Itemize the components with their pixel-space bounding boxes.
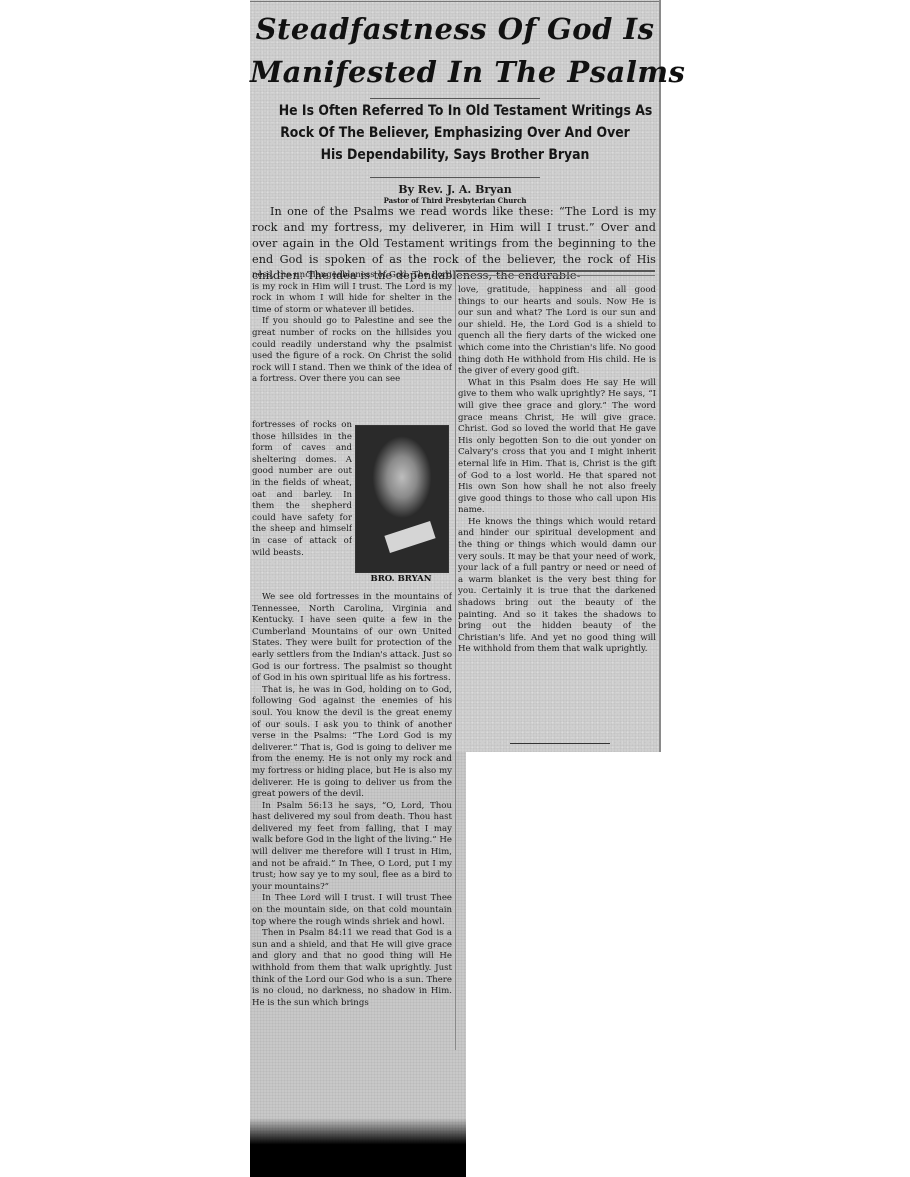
headline-line-2: Manifested In The Psalms <box>250 55 660 89</box>
byline: By Rev. J. A. Bryan <box>250 183 660 196</box>
paragraph: fortresses of rocks on those hillsides i… <box>252 420 352 559</box>
article-end-rule <box>510 743 610 744</box>
top-rule <box>250 1 659 2</box>
blank-area <box>466 752 910 1177</box>
left-column-top: ness, the unchangeableness of God. The L… <box>252 270 452 386</box>
headline-separator <box>370 98 540 99</box>
paragraph: That is, he was in God, holding on to Go… <box>252 685 452 801</box>
deck-separator <box>370 177 540 178</box>
paragraph: We see old fortresses in the mountains o… <box>252 592 452 685</box>
photo-caption: BRO. BRYAN <box>355 574 447 584</box>
headline-line-1: Steadfastness Of God Is <box>250 12 660 46</box>
right-column-rule <box>455 270 655 272</box>
paragraph: What in this Psalm does He say He will g… <box>458 378 656 517</box>
portrait-photo <box>355 425 449 573</box>
paragraph: In Psalm 56:13 he says, “O, Lord, Thou h… <box>252 801 452 894</box>
right-column: love, gratitude, happiness and all good … <box>458 285 656 656</box>
right-column-rule-thin <box>455 275 655 276</box>
paragraph: In Thee Lord will I trust. I will trust … <box>252 893 452 928</box>
paragraph: Then in Psalm 84:11 we read that God is … <box>252 928 452 1009</box>
left-column-wrap: fortresses of rocks on those hillsides i… <box>252 420 352 559</box>
paragraph: He knows the things which would retard a… <box>458 517 656 656</box>
deck-line-3: His Dependability, Says Brother Bryan <box>279 147 632 163</box>
scan-dark-edge <box>250 1118 466 1177</box>
column-divider <box>455 270 456 1050</box>
deck-line-1: He Is Often Referred To In Old Testament… <box>279 103 632 119</box>
left-column-bottom: We see old fortresses in the mountains o… <box>252 592 452 1120</box>
photo-collar <box>384 521 435 553</box>
paragraph: love, gratitude, happiness and all good … <box>458 285 656 378</box>
paragraph: ness, the unchangeableness of God. The L… <box>252 270 452 316</box>
paragraph: If you should go to Palestine and see th… <box>252 316 452 386</box>
deck-line-2: Rock Of The Believer, Emphasizing Over A… <box>279 125 632 141</box>
